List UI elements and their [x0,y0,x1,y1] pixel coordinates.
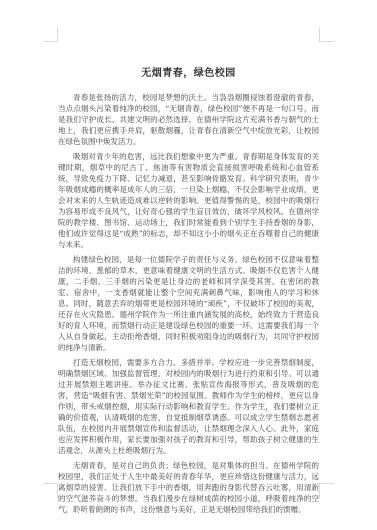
page-text-area: 无烟青春，绿色校园 青春是张扬的活力，校园是梦想的沃土。当袅袅烟圈侵蚀着澄澈的青… [58,42,319,519]
paragraph-1: 青春是张扬的活力，校园是梦想的沃土。当袅袅烟圈侵蚀着澄澈的青春，当点点烟头污染着… [58,92,319,147]
margin-crop-mark-top-left [43,27,58,42]
margin-crop-mark-top-right [319,27,334,42]
document-page: 无烟青春，绿色校园 青春是张扬的活力，校园是梦想的沃土。当袅袅烟圈侵蚀着澄澈的青… [0,0,377,530]
margin-crop-mark-bottom-left [43,483,58,498]
paragraph-5: 无烟青春，是对自己的负责；绿色校园，是对集体的担当。在德州学院的校园里，我们正处… [58,460,319,515]
document-title: 无烟青春，绿色校园 [58,67,319,80]
paragraph-2: 吸烟对青少年的危害，远比我们想象中更为严重。青春期是身体发育的关键时期，烟草中的… [58,151,319,250]
paragraph-4: 打造无烟校园，需要多方合力、多措并举。学校应进一步完善禁烟制度，明确禁烟区域、加… [58,357,319,456]
margin-crop-mark-bottom-right [319,483,334,498]
paragraph-3: 构建绿色校园，是每一位德院学子的责任与义务。绿色校园不仅意味着整洁的环境、葱郁的… [58,254,319,353]
